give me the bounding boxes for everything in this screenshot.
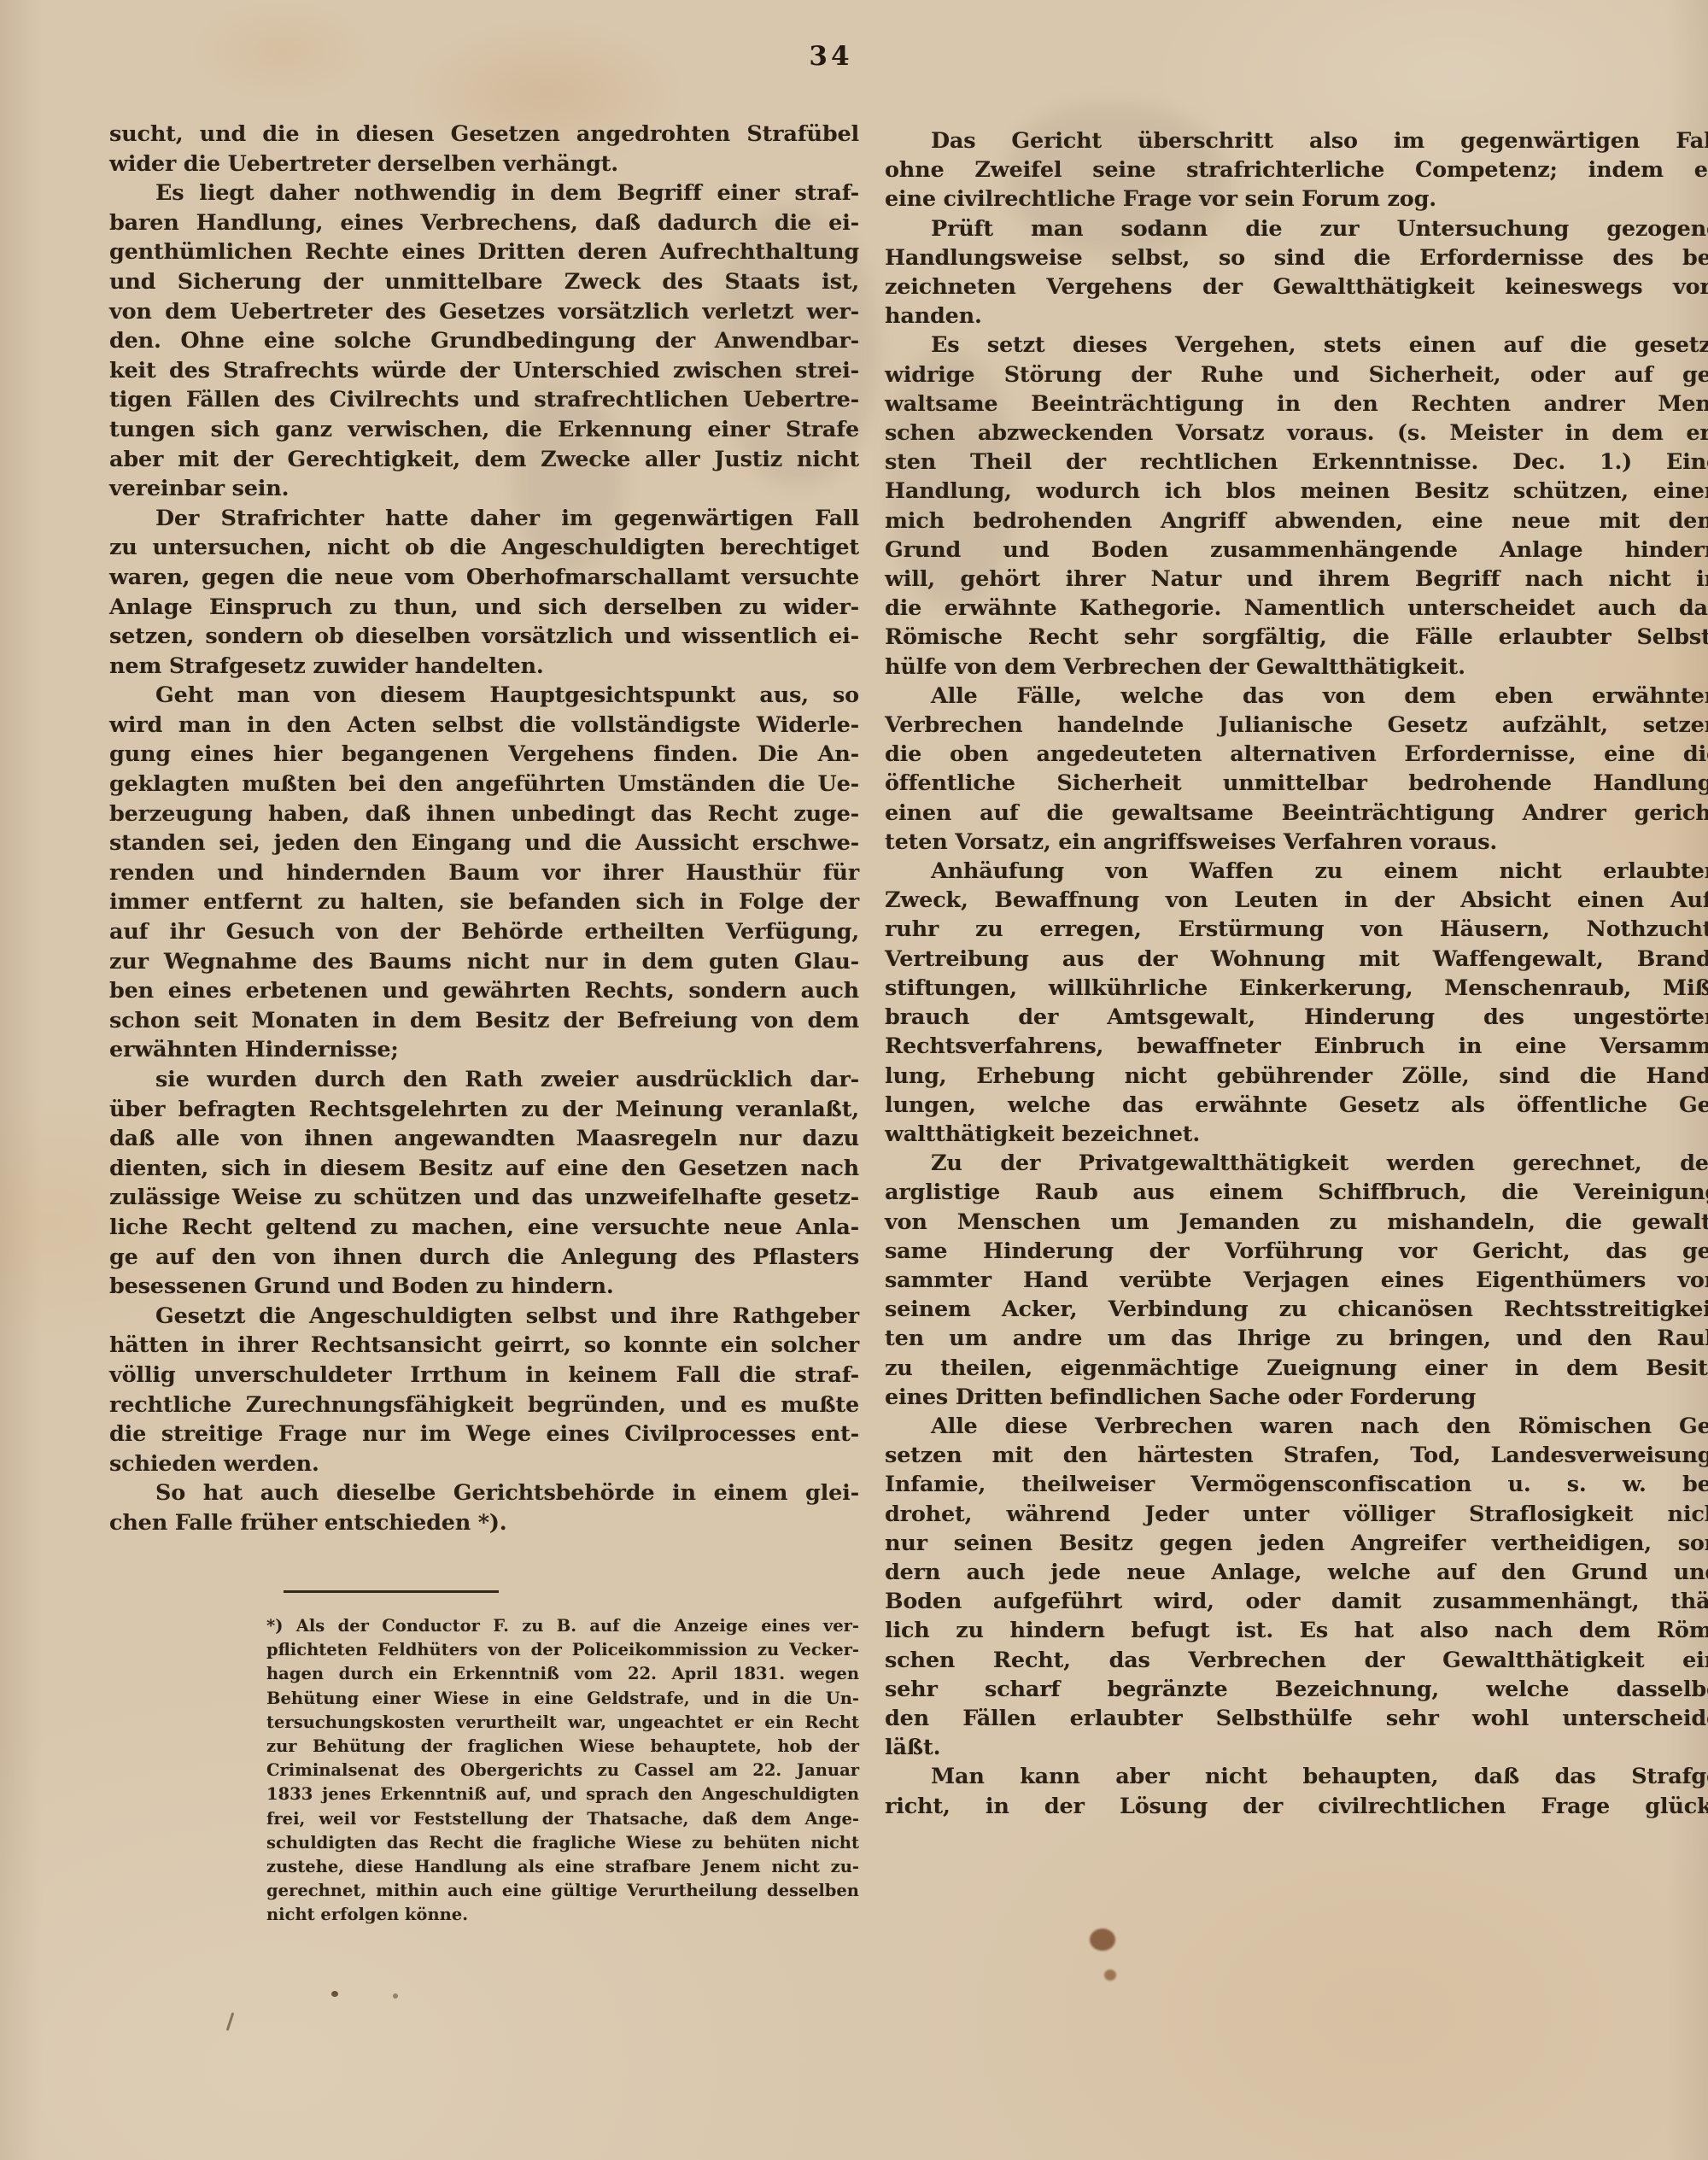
text-line: sammter Hand verübte Verjagen eines Eige… (885, 1266, 1708, 1295)
text-line: läßt. (885, 1733, 1708, 1762)
text-line: schen Recht, das Verbrechen der Gewaltth… (885, 1646, 1708, 1675)
text-line: genthümlichen Rechte eines Dritten deren… (109, 237, 859, 267)
page-number: 34 (793, 41, 869, 72)
text-line: handen. (885, 301, 1708, 331)
text-line: erwähnten Hindernisse; (109, 1035, 859, 1065)
right-column: Das Gericht überschritt also im gegenwär… (885, 126, 1708, 1821)
text-line: lungen, welche das erwähnte Gesetz als ö… (885, 1091, 1708, 1120)
footnote-line: Behütung einer Wiese in eine Geldstrafe,… (266, 1687, 859, 1711)
text-line: zur Wegnahme des Baums nicht nur in dem … (109, 947, 859, 977)
text-line: Anlage Einspruch zu thun, und sich derse… (109, 593, 859, 623)
text-line: wider die Uebertreter derselben verhängt… (109, 149, 859, 179)
text-line: Das Gericht überschritt also im gegenwär… (885, 126, 1708, 155)
text-line: Rechtsverfahrens, bewaffneter Einbruch i… (885, 1032, 1708, 1061)
text-line: dern auch jede neue Anlage, welche auf d… (885, 1558, 1708, 1587)
text-line: eine civilrechtliche Frage vor sein Foru… (885, 184, 1708, 214)
text-line: Der Strafrichter hatte daher im gegenwär… (109, 504, 859, 534)
text-line: völlig unverschuldeter Irrthum in keinem… (109, 1361, 859, 1390)
text-line: öffentliche Sicherheit unmittelbar bedro… (885, 769, 1708, 798)
text-line: tigen Fällen des Civilrechts und strafre… (109, 385, 859, 415)
text-line: Verbrechen handelnde Julianische Gesetz … (885, 711, 1708, 740)
text-line: schieden werden. (109, 1449, 859, 1479)
text-line: Es liegt daher nothwendig in dem Begriff… (109, 179, 859, 208)
text-line: nur seinen Besitz gegen jeden Angreifer … (885, 1529, 1708, 1558)
footnote-line: zur Behütung der fraglichen Wiese behaup… (266, 1735, 859, 1759)
text-line: Grund und Boden zusammenhängende Anlage … (885, 536, 1708, 565)
text-line: sten Theil der rechtlichen Erkenntnisse.… (885, 448, 1708, 477)
text-line: den. Ohne eine solche Grundbedingung der… (109, 326, 859, 356)
text-line: den Fällen erlaubter Selbsthülfe sehr wo… (885, 1704, 1708, 1733)
footnote-line: tersuchungskosten verurtheilt war, ungea… (266, 1711, 859, 1735)
text-line: zeichneten Vergehens der Gewaltthätigkei… (885, 272, 1708, 301)
text-line: widrige Störung der Ruhe und Sicherheit,… (885, 360, 1708, 389)
footnote-line: frei, weil vor Feststellung der Thatsach… (266, 1807, 859, 1831)
text-line: Gesetzt die Angeschuldigten selbst und i… (109, 1302, 859, 1332)
ink-stain (393, 1993, 398, 1999)
text-line: vereinbar sein. (109, 474, 859, 504)
text-line: zu theilen, eigenmächtige Zueignung eine… (885, 1354, 1708, 1383)
text-line: von Menschen um Jemanden zu mishandeln, … (885, 1208, 1708, 1237)
text-line: teten Vorsatz, ein angriffsweises Verfah… (885, 828, 1708, 857)
text-line: Handlung, wodurch ich blos meinen Besitz… (885, 477, 1708, 506)
text-line: einen auf die gewaltsame Beeinträchtigun… (885, 799, 1708, 828)
text-line: wird man in den Acten selbst die vollstä… (109, 711, 859, 740)
text-line: Es setzt dieses Vergehen, stets einen au… (885, 331, 1708, 360)
text-line: baren Handlung, eines Verbrechens, daß d… (109, 208, 859, 238)
text-line: setzen mit den härtesten Strafen, Tod, L… (885, 1441, 1708, 1470)
text-line: sucht, und die in diesen Gesetzen angedr… (109, 120, 859, 149)
text-line: Alle diese Verbrechen waren nach den Röm… (885, 1412, 1708, 1441)
text-line: renden und hindernden Baum vor ihrer Hau… (109, 858, 859, 888)
footnote-line: 1833 jenes Erkenntniß auf, und sprach de… (266, 1782, 859, 1806)
footnote-line: nicht erfolgen könne. (266, 1903, 859, 1927)
footnote-line: hagen durch ein Erkenntniß vom 22. April… (266, 1662, 859, 1686)
text-line: same Hinderung der Vorführung vor Gerich… (885, 1237, 1708, 1266)
text-line: arglistige Raub aus einem Schiffbruch, d… (885, 1178, 1708, 1207)
ink-stain (331, 1991, 338, 1997)
footnote-line: *) Als der Conductor F. zu B. auf die An… (266, 1614, 859, 1638)
text-line: So hat auch dieselbe Gerichtsbehörde in … (109, 1478, 859, 1508)
text-line: chen Falle früher entschieden *). (109, 1508, 859, 1538)
footnote-rule (284, 1590, 499, 1593)
footnote-line: gerechnet, mithin auch eine gültige Veru… (266, 1879, 859, 1903)
text-line: gung eines hier begangenen Vergehens fin… (109, 740, 859, 770)
text-line: Prüft man sodann die zur Untersuchung ge… (885, 214, 1708, 243)
text-line: ben eines erbetenen und gewährten Rechts… (109, 976, 859, 1006)
text-line: eines Dritten befindlichen Sache oder Fo… (885, 1383, 1708, 1412)
text-line: waltsame Beeinträchtigung in den Rechten… (885, 389, 1708, 419)
text-line: Man kann aber nicht behaupten, daß das S… (885, 1762, 1708, 1791)
text-line: die erwähnte Kathegorie. Namentlich unte… (885, 594, 1708, 623)
text-line: keit des Strafrechts würde der Unterschi… (109, 356, 859, 386)
text-line: berzeugung haben, daß ihnen unbedingt da… (109, 799, 859, 829)
text-line: liche Recht geltend zu machen, eine vers… (109, 1213, 859, 1243)
text-line: Zu der Privatgewaltthätigkeit werden ger… (885, 1149, 1708, 1178)
text-line: brauch der Amtsgewalt, Hinderung des ung… (885, 1003, 1708, 1032)
text-line: die oben angedeuteten alternativen Erfor… (885, 740, 1708, 769)
text-line: tungen sich ganz verwischen, die Erkennu… (109, 415, 859, 445)
footnote-line: zustehe, diese Handlung als eine strafba… (266, 1855, 859, 1879)
footnote-line: Criminalsenat des Obergerichts zu Cassel… (266, 1759, 859, 1782)
text-line: schon seit Monaten in dem Besitz der Bef… (109, 1006, 859, 1036)
text-line: nem Strafgesetz zuwider handelten. (109, 652, 859, 682)
text-line: Vertreibung aus der Wohnung mit Waffenge… (885, 945, 1708, 974)
text-line: sie wurden durch den Rath zweier ausdrüc… (109, 1065, 859, 1095)
text-line: ge auf den von ihnen durch die Anlegung … (109, 1243, 859, 1273)
text-line: Handlungsweise selbst, so sind die Erfor… (885, 243, 1708, 272)
text-line: stiftungen, willkührliche Einkerkerung, … (885, 974, 1708, 1003)
footnote-line: schuldigten das Recht die fragliche Wies… (266, 1831, 859, 1855)
text-line: hülfe von dem Verbrechen der Gewaltthäti… (885, 653, 1708, 682)
text-line: mich bedrohenden Angriff abwenden, eine … (885, 506, 1708, 536)
text-line: waren, gegen die neue vom Oberhofmarscha… (109, 563, 859, 593)
text-line: ten um andre um das Ihrige zu bringen, u… (885, 1324, 1708, 1353)
text-line: ohne Zweifel seine strafrichterliche Com… (885, 155, 1708, 184)
text-line: die streitige Frage nur im Wege eines Ci… (109, 1420, 859, 1449)
text-line: Anhäufung von Waffen zu einem nicht erla… (885, 857, 1708, 886)
text-line: Römische Recht sehr sorgfältig, die Fäll… (885, 623, 1708, 652)
text-line: setzen, sondern ob dieselben vorsätzlich… (109, 622, 859, 652)
text-line: Geht man von diesem Hauptgesichtspunkt a… (109, 681, 859, 711)
text-line: und Sicherung der unmittelbare Zweck des… (109, 267, 859, 297)
text-line: aber mit der Gerechtigkeit, dem Zwecke a… (109, 445, 859, 475)
text-line: Boden aufgeführt wird, oder damit zusamm… (885, 1587, 1708, 1616)
left-column: sucht, und die in diesen Gesetzen angedr… (109, 120, 859, 1538)
text-line: hätten in ihrer Rechtsansicht geirrt, so… (109, 1331, 859, 1361)
text-line: dienten, sich in diesem Besitz auf eine … (109, 1154, 859, 1184)
text-line: besessenen Grund und Boden zu hindern. (109, 1272, 859, 1302)
text-line: ruhr zu erregen, Erstürmung von Häusern,… (885, 915, 1708, 944)
text-line: immer entfernt zu halten, sie befanden s… (109, 887, 859, 917)
pen-scratch (226, 2012, 235, 2031)
text-line: waltthätigkeit bezeichnet. (885, 1120, 1708, 1149)
text-line: standen sei, jeden den Eingang und die A… (109, 828, 859, 858)
text-line: von dem Uebertreter des Gesetzes vorsätz… (109, 297, 859, 327)
text-line: Zweck, Bewaffnung von Leuten in der Absi… (885, 886, 1708, 915)
text-line: auf ihr Gesuch von der Behörde ertheilte… (109, 917, 859, 947)
text-line: drohet, während Jeder unter völliger Str… (885, 1500, 1708, 1529)
ink-stain (1104, 1970, 1116, 1981)
text-line: will, gehört ihrer Natur und ihrem Begri… (885, 565, 1708, 594)
text-line: sehr scharf begränzte Bezeichnung, welch… (885, 1675, 1708, 1704)
text-line: geklagten mußten bei den angeführten Ums… (109, 770, 859, 799)
text-line: lung, Erhebung nicht gebührender Zölle, … (885, 1062, 1708, 1091)
text-line: zu untersuchen, nicht ob die Angeschuldi… (109, 533, 859, 563)
text-line: Alle Fälle, welche das von dem eben erwä… (885, 682, 1708, 711)
text-line: lich zu hindern befugt ist. Es hat also … (885, 1616, 1708, 1645)
text-line: über befragten Rechtsgelehrten zu der Me… (109, 1095, 859, 1125)
text-line: schen abzweckenden Vorsatz voraus. (s. M… (885, 419, 1708, 448)
ink-stain (1090, 1929, 1115, 1951)
text-line: rechtliche Zurechnungsfähigkeit begründe… (109, 1390, 859, 1420)
footnote-line: pflichteten Feldhüters von der Policeiko… (266, 1638, 859, 1662)
scanned-page: 34 sucht, und die in diesen Gesetzen ang… (0, 0, 1708, 2160)
text-line: zulässige Weise zu schützen und das unzw… (109, 1183, 859, 1213)
text-line: seinem Acker, Verbindung zu chicanösen R… (885, 1295, 1708, 1324)
text-line: Infamie, theilweiser Vermögensconfiscati… (885, 1470, 1708, 1499)
footnote: *) Als der Conductor F. zu B. auf die An… (266, 1614, 859, 1928)
text-line: richt, in der Lösung der civilrechtliche… (885, 1792, 1708, 1821)
text-line: daß alle von ihnen angewandten Maasregel… (109, 1124, 859, 1154)
